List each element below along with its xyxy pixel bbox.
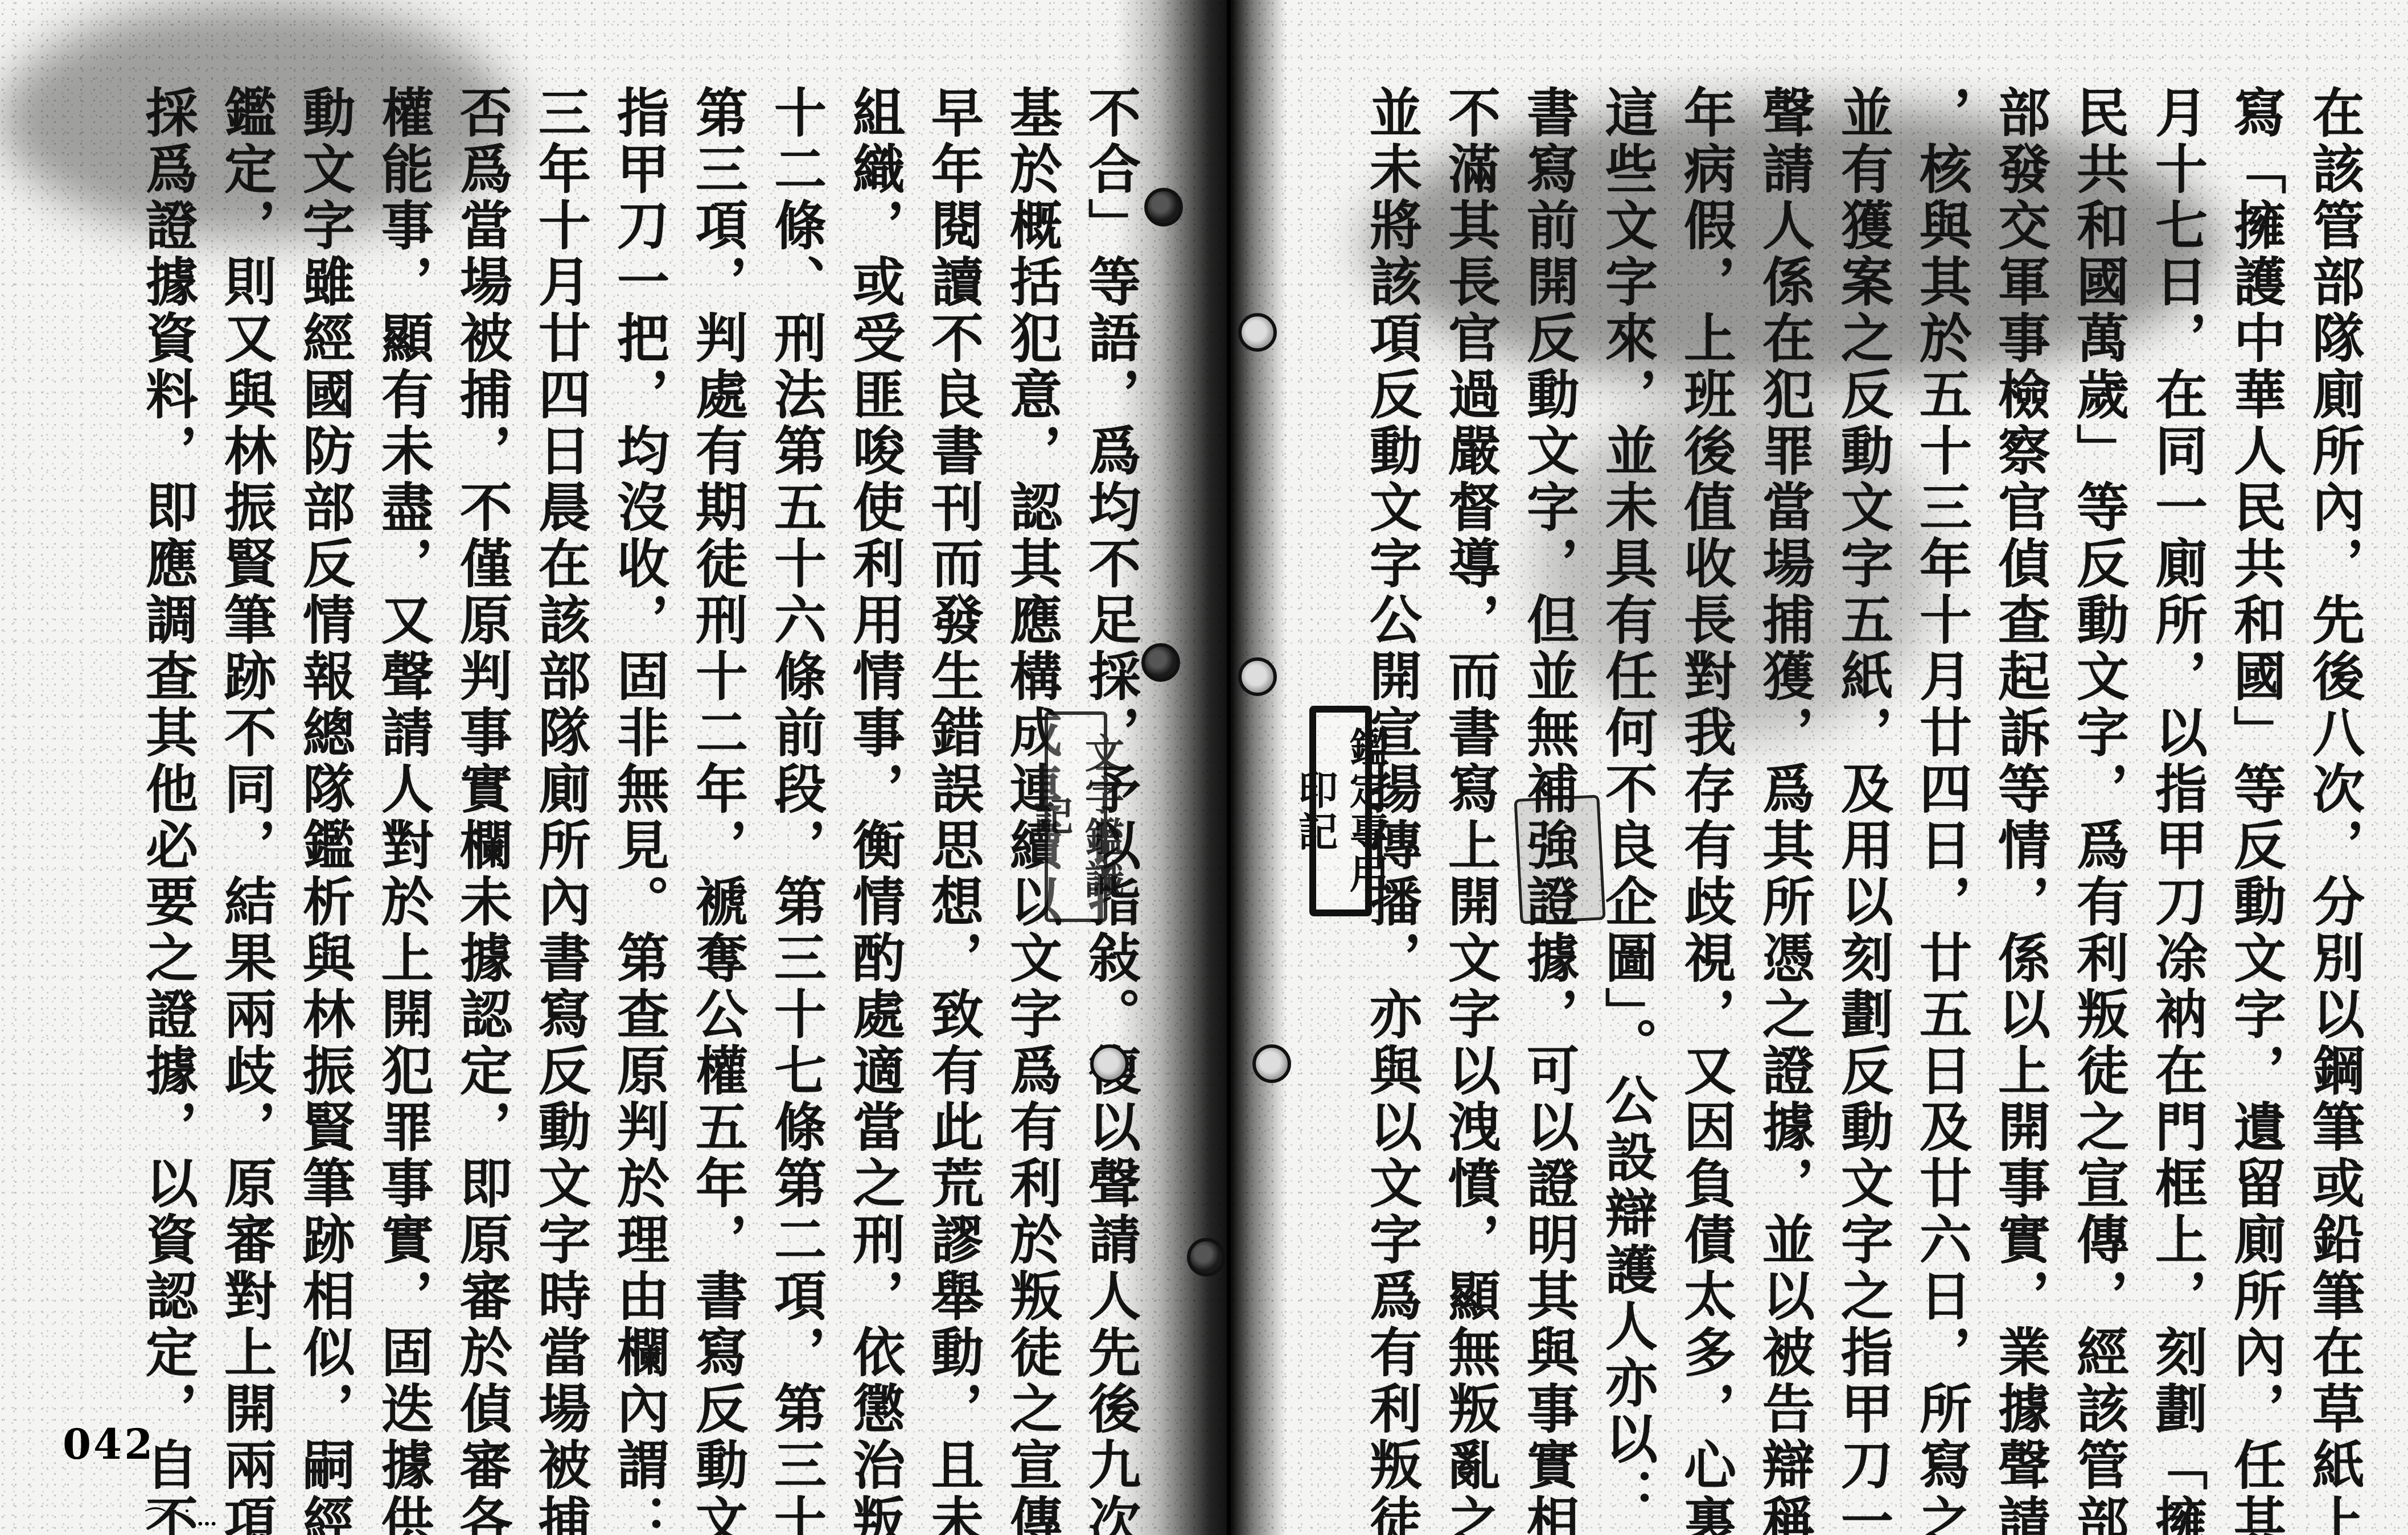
right-page-text: 在該管部隊廁所內，先後八次，分別以鋼筆或鉛筆在草紙上及門版門框上，書 寫「擁護中… [1353, 85, 2374, 1440]
text-column: 組織，或受匪唆使利用情事，衡情酌處適當之刑，依懲治叛亂條例第七條、第 [836, 85, 914, 1440]
text-column: 寫「擁護中華人民共和國」等反動文字，遺留廁所內，任其傳播，又於同年八 [2217, 85, 2295, 1440]
text-column: 鑑定，則又與林振賢筆跡不同，結果兩歧，原審對上開兩項鑑定，雖均未 [207, 85, 286, 1440]
text-column: 十二條、刑法第五十六條前段，第三十七條第二項，第三十八條第一項第二款 [757, 85, 836, 1440]
right-page: 在該管部隊廁所內，先後八次，分別以鋼筆或鉛筆在草紙上及門版門框上，書 寫「擁護中… [1224, 0, 2408, 1535]
text-column: 書寫前開反動文字，但並無補強證據，可以證明其與事實相符，卷載被告係因 [1510, 85, 1588, 1440]
text-column: 指甲刀一把，均沒收，固非無見。第查原判於理由欄內謂：「查被告係於五十 [600, 85, 679, 1440]
text-column: 權能事，顯有未盡，又聲請人對於上開犯罪事實，固迭據供認不諱，查該項反 [364, 85, 443, 1440]
text-column: 早年閱讀不良書刊而發生錯誤思想，致有此荒謬舉動，且未發現其有參加匪黨 [914, 85, 993, 1440]
stamp-mark: ⌒ ˙… [145, 1503, 222, 1532]
text-column: 民共和國萬歲」等反動文字，爲有利叛徒之宣傳，經該管部隊發覺，報牽國防 [2060, 85, 2138, 1440]
text-column: 三年十月廿四日晨在該部隊廁所內書寫反動文字時當場被捕」，究竟聲請人是 [521, 85, 600, 1440]
page-number: 042 [63, 1420, 155, 1468]
text-column: 在該管部隊廁所內，先後八次，分別以鋼筆或鉛筆在草紙上及門版門框上，書 [2295, 85, 2374, 1440]
left-page-text: 不合」等語，爲均不足採，予以指敍。復以聲請人先後九次書寫反動文字，係 基於概括犯… [129, 85, 1150, 1440]
text-column: 第三項，判處有期徒刑十二年，褫奪公權五年，書寫反動文字草紙五張，及 [679, 85, 757, 1440]
text-column: 年病假，上班後值收長對我存有歧視，又因負債太多，心裏不高興，我就寫出 [1667, 85, 1745, 1440]
punch-hole-icon [1187, 1238, 1226, 1277]
seal-stamp-left: 文字鑑識記 [1045, 711, 1107, 922]
text-column: 月十七日，在同一廁所，以指甲刀凃衲在門框上，刻劃「擁護共產黨，中華人 [2138, 85, 2217, 1440]
punch-hole-icon [1141, 643, 1180, 682]
text-column: 並未將該項反動文字公開宣揚傳播，亦與以文字爲有利叛徒宣傳罪之構成要件 [1353, 85, 1431, 1440]
text-column: 這些文字來，並未具有任何不良企圖」。公設辯護人亦以：「被告雖自白其曾 [1588, 85, 1667, 1440]
text-column: 不滿其長官過嚴督導，而書寫上開文字以洩憤，顯無叛亂之犯意可言，且被告 [1431, 85, 1510, 1440]
text-column: 動文字雖經國防部反情報總隊鑑析與林振賢筆跡相似，嗣經司法行政部調查局 [286, 85, 364, 1440]
text-column: 聲請人係在犯罪當場捕獲，爲其所憑之證據，並以被告辯稱：「因爲我請了兩 [1745, 85, 1824, 1440]
text-column: 並有獲案之反動文字五紙，及用以刻劃反動文字之指甲刀一把附卷可按，且以 [1824, 85, 1902, 1440]
text-column: 採爲證據資料，即應調查其他必要之證據，以資認定，自不能僅憑聲請人之自 [129, 85, 207, 1440]
punch-hole-icon [1090, 1044, 1129, 1083]
text-column: 否爲當場被捕，不僅原判事實欄未據認定，即原審於偵審各庭亦未調查及此，職 [443, 85, 521, 1440]
text-column: 部發交軍事檢察官偵查起訴等情，係以上開事實，業據聲請人林振賢供認不諱 [1981, 85, 2060, 1440]
text-column: ，核與其於五十三年十月廿四日，廿五日及廿六日，所寫之自白書內容相符， [1902, 85, 1981, 1440]
punch-hole-icon [1144, 188, 1183, 227]
